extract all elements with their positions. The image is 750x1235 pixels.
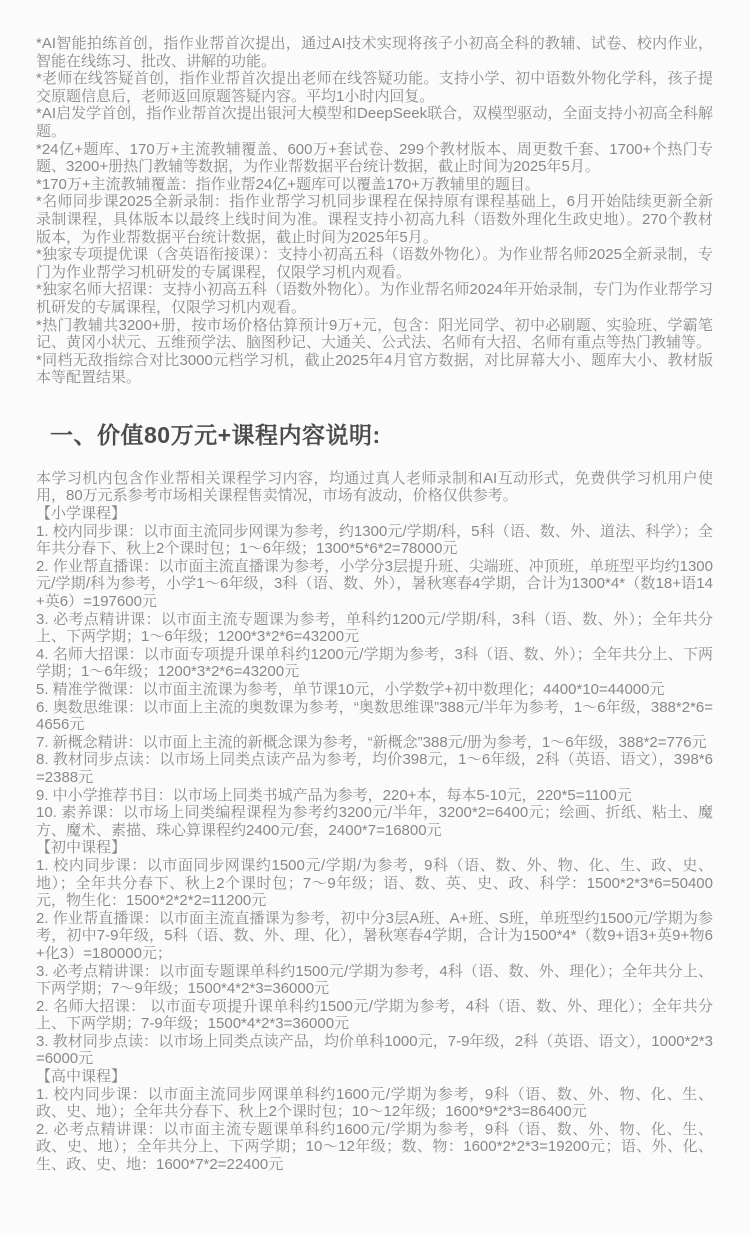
note-paragraph: *名师同步课2025全新录制：指作业帮学习机同步课程在保持原有课程基础上，6月开… xyxy=(36,193,713,246)
course-item: 3. 教材同步点读：以市场上同类点读产品，均价单科1000元，7-9年级，2科（… xyxy=(36,1033,713,1068)
course-item: 6. 奥数思维课：以市面上主流的奥数课为参考，“奥数思维课”388元/半年为参考… xyxy=(36,699,713,734)
course-item: 2. 名师大招课： 以市面专项提升课单科约1500元/学期为参考，4科（语、数、… xyxy=(36,998,713,1033)
course-item: 8. 教材同步点读：以市场上同类点读产品为参考，均价398元，1～6年级，2科（… xyxy=(36,751,713,786)
note-paragraph: *独家专项提优课（含英语衔接课）：支持小初高五科（语数外物化）。为作业帮名师20… xyxy=(36,246,713,281)
course-item: 5. 精准学微课：以市面主流课为参考，单节课10元，小学数学+初中数理化；440… xyxy=(36,681,713,699)
note-paragraph: *24亿+题库、170万+主流教辅覆盖、600万+套试卷、299个教材版本、周更… xyxy=(36,141,713,176)
course-item: 2. 作业帮直播课：以市面主流直播课为参考，小学分3层提升班、尖端班、冲顶班，单… xyxy=(36,558,713,611)
note-paragraph: *170万+主流教辅覆盖：指作业帮24亿+题库可以覆盖170+万教辅里的题目。 xyxy=(36,176,713,194)
course-item: 2. 作业帮直播课：以市面主流直播课为参考，初中分3层A班、A+班、S班，单班型… xyxy=(36,910,713,963)
course-item: 3. 必考点精讲课：以市面专题课单科约1500元/学期为参考，4科（语、数、外、… xyxy=(36,963,713,998)
note-paragraph: *独家名师大招课：支持小初高五科（语数外物化）。为作业帮名师2024年开始录制，… xyxy=(36,281,713,316)
note-paragraph: *AI智能拍练首创，指作业帮首次提出，通过AI技术实现将孩子小初高全科的教辅、试… xyxy=(36,35,713,70)
course-item: 9. 中小学推荐书目：以市场上同类书城产品为参考，220+本，每本5-10元，2… xyxy=(36,787,713,805)
course-item: 3. 必考点精讲课：以市面主流专题课为参考，单科约1200元/学期/科，3科（语… xyxy=(36,611,713,646)
group-title: 【初中课程】 xyxy=(36,839,713,857)
course-item: 1. 校内同步课：以市面主流同步网课为参考，约1300元/学期/科，5科（语、数… xyxy=(36,523,713,558)
section-heading: 一、价值80万元+课程内容说明: xyxy=(50,420,713,450)
course-item: 10. 素养课：以市场上同类编程课程为参考约3200元/半年，3200*2=64… xyxy=(36,804,713,839)
course-item: 7. 新概念精讲：以市面上主流的新概念课为参考，“新概念”388元/册为参考，1… xyxy=(36,734,713,752)
course-group-middle-school: 【初中课程】 1. 校内同步课：以市面同步网课约1500元/学期/为参考，9科（… xyxy=(36,839,713,1068)
course-item: 2. 必考点精讲课：以市面主流专题课单科约1600元/学期为参考，9科（语、数、… xyxy=(36,1121,713,1174)
course-group-high-school: 【高中课程】 1. 校内同步课：以市面主流同步网课单科约1600元/学期为参考，… xyxy=(36,1068,713,1174)
section-intro: 本学习机内包含作业帮相关课程学习内容，均通过真人老师录制和AI互动形式，免费供学… xyxy=(36,470,713,505)
course-item: 4. 名师大招课：以市面专项提升课单科约1200元/学期为参考，3科（语、数、外… xyxy=(36,646,713,681)
note-paragraph: *同档无敌指综合对比3000元档学习机，截止2025年4月官方数据，对比屏幕大小… xyxy=(36,352,713,387)
group-title: 【高中课程】 xyxy=(36,1068,713,1086)
note-paragraph: *热门教辅共3200+册，按市场价格估算预计9万+元，包含：阳光同学、初中必刷题… xyxy=(36,317,713,352)
note-paragraph: *AI启发学首创，指作业帮首次提出银河大模型和DeepSeek联合，双模型驱动，… xyxy=(36,105,713,140)
group-title: 【小学课程】 xyxy=(36,505,713,523)
course-item: 1. 校内同步课：以市面同步网课约1500元/学期/为参考，9科（语、数、外、物… xyxy=(36,857,713,910)
course-description-page: *AI智能拍练首创，指作业帮首次提出，通过AI技术实现将孩子小初高全科的教辅、试… xyxy=(0,0,750,1235)
course-group-primary-school: 【小学课程】 1. 校内同步课：以市面主流同步网课为参考，约1300元/学期/科… xyxy=(36,505,713,839)
disclaimer-notes: *AI智能拍练首创，指作业帮首次提出，通过AI技术实现将孩子小初高全科的教辅、试… xyxy=(36,35,713,387)
note-paragraph: *老师在线答疑首创，指作业帮首次提出老师在线答疑功能。支持小学、初中语数外物化学… xyxy=(36,70,713,105)
course-item: 1. 校内同步课：以市面主流同步网课单科约1600元/学期为参考，9科（语、数、… xyxy=(36,1086,713,1121)
